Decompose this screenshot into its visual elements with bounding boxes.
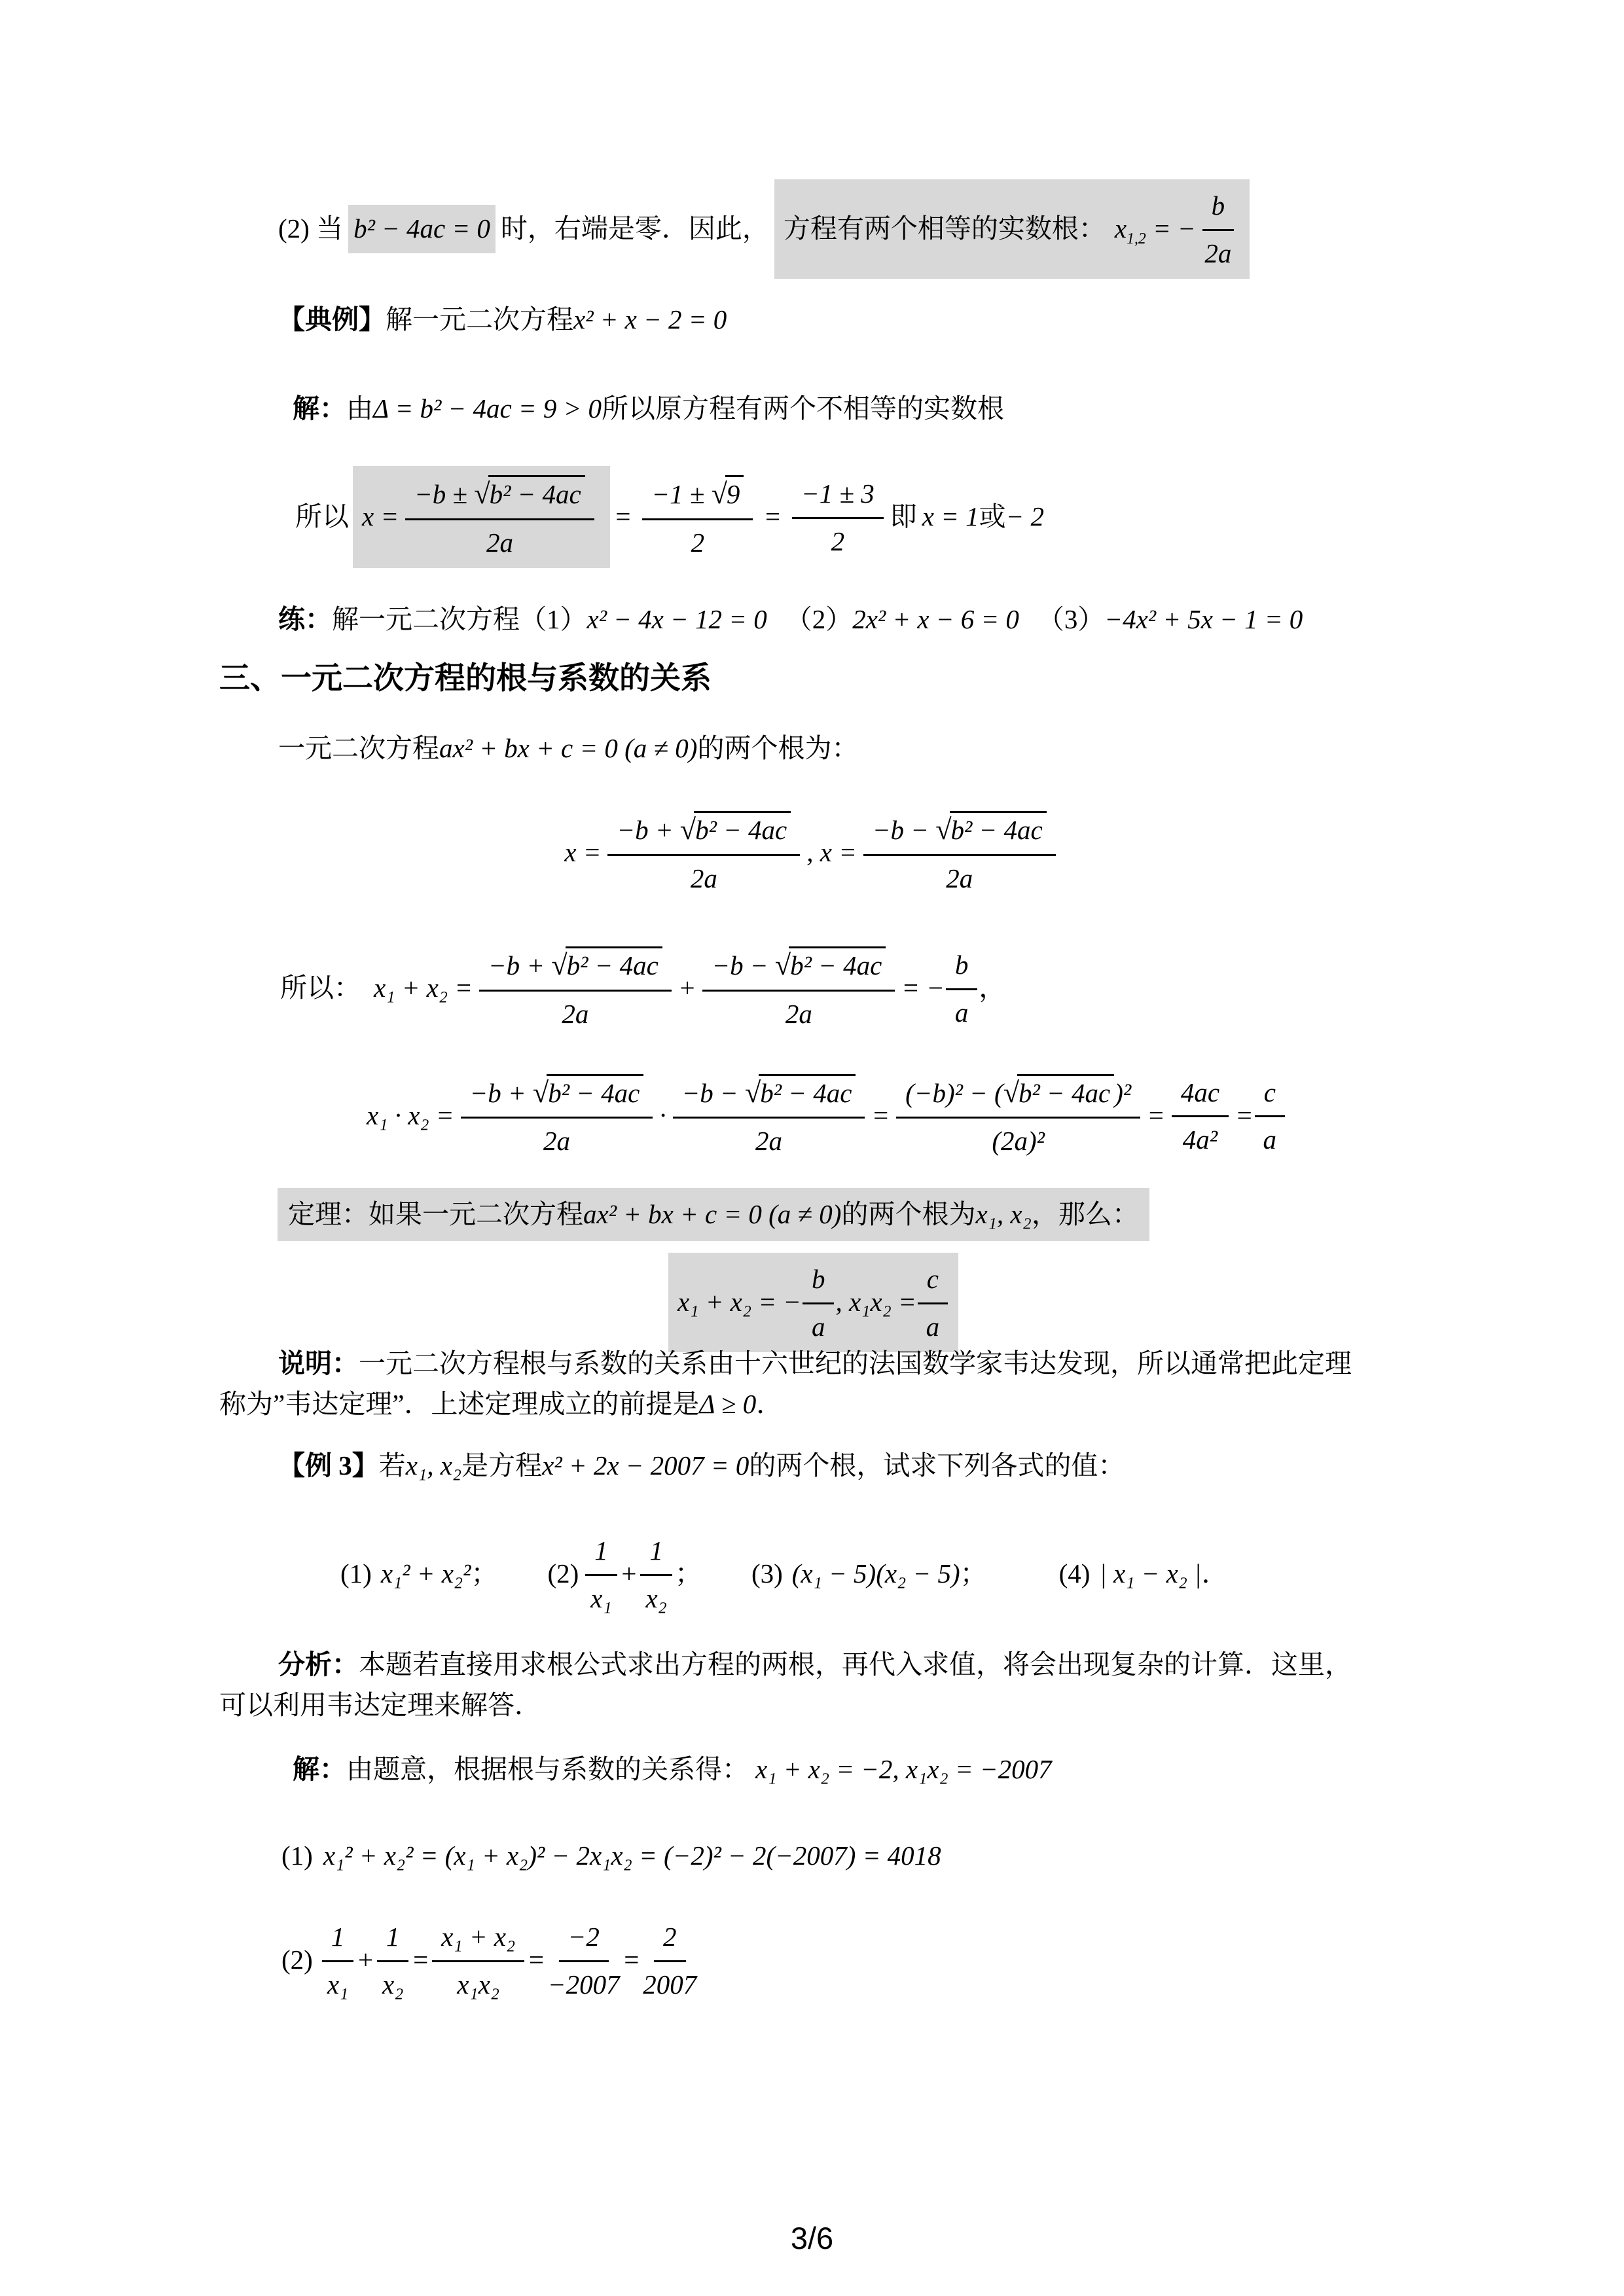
suoyi-or: 或 xyxy=(979,499,1006,534)
fraction: c a xyxy=(1255,1074,1285,1158)
fraction-denominator: 2a xyxy=(691,861,717,896)
equals: = xyxy=(623,1943,641,1977)
suoyi-ji: 即 xyxy=(890,499,917,534)
numerator-prefix: −b + xyxy=(470,1076,533,1111)
fraction: 1 x₁ xyxy=(585,1532,617,1616)
radicand: b² − 4ac xyxy=(694,811,791,848)
note-end: ． xyxy=(756,1389,783,1419)
radicand: b² − 4ac xyxy=(488,475,585,512)
lhs: x = xyxy=(564,835,601,870)
fraction-denominator: a xyxy=(926,1310,940,1344)
vieta-lhs: x₁ + x₂ = − xyxy=(677,1285,801,1319)
theorem-equation: ax² + bx + c = 0 (a ≠ 0) xyxy=(583,1199,841,1229)
plus: + xyxy=(678,971,696,1005)
fraction-numerator: 4ac xyxy=(1181,1075,1219,1110)
jie1-math: Δ = b² − 4ac = 9 > 0 xyxy=(373,393,602,423)
radicand: b² − 4ac xyxy=(789,946,886,983)
lian-line: 练：解一元二次方程（1）x² − 4x − 12 = 0（2）2x² + x −… xyxy=(278,602,1303,637)
suoyi-result2: − 2 xyxy=(1006,499,1044,534)
radicand: b² − 4ac xyxy=(1017,1074,1114,1111)
lian-sep2: （2） xyxy=(785,604,853,634)
fraction: c a xyxy=(918,1261,948,1344)
fraction: (−b)² − ( √b² − 4ac )² (2a)² xyxy=(896,1073,1140,1159)
item1-sep: ； xyxy=(471,1556,497,1591)
fraction: b a xyxy=(803,1261,835,1344)
note-math: Δ ≥ 0 xyxy=(699,1389,756,1419)
note-label: 说明： xyxy=(278,1348,359,1378)
theorem-label: 定理： xyxy=(288,1199,369,1229)
fraction-denominator: x₁ xyxy=(327,1967,348,2002)
example3-line: 【例 3】若x₁, x₂是方程x² + 2x − 2007 = 0的两个根，试求… xyxy=(278,1448,1125,1483)
answer2-label: (2) xyxy=(281,1943,313,1977)
example3-tail: 的两个根，试求下列各式的值： xyxy=(749,1450,1125,1480)
item1-label: (1) xyxy=(340,1556,372,1591)
fraction-numerator: −1 ± 3 xyxy=(801,476,875,511)
fraction: 2 2007 xyxy=(643,1918,696,2002)
fraction-numerator: b xyxy=(955,948,969,982)
fraction-denominator: a xyxy=(955,996,969,1030)
item2-label: (2) xyxy=(547,1556,579,1591)
suoyi-lhs: x = xyxy=(362,499,399,534)
roots-formula: x = −b + √b² − 4ac 2a , x = −b − √b² − 4… xyxy=(219,800,1407,905)
cdot: · xyxy=(659,1098,666,1133)
fraction: −b − √b² − 4ac 2a xyxy=(673,1073,865,1159)
radicand: 9 xyxy=(725,475,744,512)
fraction: −b ± √b² − 4ac 2a xyxy=(405,474,594,560)
fraction-denominator: x₂ xyxy=(382,1967,403,2002)
fraction-denominator: 2a xyxy=(562,997,588,1031)
sum-lead: 所以： xyxy=(280,971,361,1005)
fraction-denominator: a xyxy=(1263,1122,1277,1157)
fraction-denominator: 2 xyxy=(691,526,705,560)
vieta-mid: , x₁x₂ = xyxy=(835,1285,916,1319)
radicand: b² − 4ac xyxy=(950,811,1047,848)
fraction: 1 x₁ xyxy=(322,1918,354,2002)
fraction-numerator: b xyxy=(1212,188,1225,223)
sqrt-radical: √b² − 4ac xyxy=(1003,1074,1114,1112)
jie1-lead: 由 xyxy=(346,393,373,423)
suoyi-result: x = 1 xyxy=(922,499,979,534)
theorem-mid: 的两个根为 xyxy=(841,1199,975,1229)
analysis-line2: 可以利用韦达定理来解答． xyxy=(219,1688,541,1723)
item4-end: ． xyxy=(1202,1556,1229,1591)
lian-sep3: （3） xyxy=(1038,604,1105,634)
fraction: −1 ± 3 2 xyxy=(792,475,884,559)
formula-highlight: x = −b ± √b² − 4ac 2a xyxy=(353,466,610,568)
product-lhs: x₁ · x₂ = xyxy=(367,1098,454,1133)
fraction: −b − √b² − 4ac 2a xyxy=(863,810,1056,896)
answer2-line: (2) 1 x₁ + 1 x₂ = x₁ + x₂ x₁x₂ = −2 −200… xyxy=(281,1903,699,2018)
page-number: 3/6 xyxy=(0,2220,1624,2256)
fraction-numerator: 1 xyxy=(386,1920,400,1954)
condition-highlight: b² − 4ac = 0 xyxy=(348,205,496,253)
sqrt-radical: √9 xyxy=(712,475,744,513)
numerator-prefix: −1 ± xyxy=(651,477,711,512)
sum-formula: 所以： x₁ + x₂ = −b + √b² − 4ac 2a + −b − √… xyxy=(280,929,1005,1047)
item4-label: (4) xyxy=(1059,1556,1091,1591)
fraction-denominator: −2007 xyxy=(548,1967,620,2002)
intro-lead: 一元二次方程 xyxy=(278,733,439,763)
answer1-math: x₁² + x₂² = (x₁ + x₂)² − 2x₁x₂ = (−2)² −… xyxy=(323,1840,941,1871)
lian-eq3: −4x² + 5x − 1 = 0 xyxy=(1104,604,1303,634)
sum-lhs: x₁ + x₂ = xyxy=(374,971,473,1005)
case2-prefix: (2) 当 xyxy=(278,211,343,246)
fraction-numerator: 1 xyxy=(649,1534,663,1568)
fraction: x₁ + x₂ x₁x₂ xyxy=(432,1918,524,2002)
analysis-label: 分析： xyxy=(278,1649,359,1679)
numerator-prefix: −b − xyxy=(682,1076,745,1111)
numerator-prefix: −b + xyxy=(617,813,679,848)
numerator-prefix: −b ± xyxy=(414,477,474,512)
roots-intro-line: 一元二次方程ax² + bx + c = 0 (a ≠ 0)的两个根为： xyxy=(278,731,858,766)
item3-label: (3) xyxy=(751,1556,783,1591)
fraction: b a xyxy=(946,946,978,1030)
item3-sep: ； xyxy=(960,1556,987,1591)
example3-label: 【例 3】 xyxy=(278,1450,379,1480)
example3-roots: x₁, x₂ xyxy=(406,1450,461,1480)
fraction: −b + √b² − 4ac 2a xyxy=(461,1073,653,1159)
analysis-text2: 可以利用韦达定理来解答． xyxy=(219,1690,541,1720)
document-page: (2) 当 b² − 4ac = 0 时，右端是零．因此， 方程有两个相等的实数… xyxy=(0,0,1624,2296)
fraction: −b + √b² − 4ac 2a xyxy=(607,810,800,896)
suoyi-line: 所以 x = −b ± √b² − 4ac 2a = −1 ± √9 2 = −… xyxy=(295,427,1044,607)
jie1-label: 解： xyxy=(293,393,346,423)
section-heading: 三、一元二次方程的根与系数的关系 xyxy=(219,658,712,698)
fraction-denominator: 2a xyxy=(755,1124,782,1158)
jie1-tail: 所以原方程有两个不相等的实数根 xyxy=(602,393,1004,423)
numerator-prefix: −b + xyxy=(488,948,551,983)
case2-conclusion: 方程有两个相等的实数根： xyxy=(784,211,1106,246)
sqrt-radical: √b² − 4ac xyxy=(474,475,585,513)
jie2-math: x₁ + x₂ = −2, x₁x₂ = −2007 xyxy=(755,1754,1052,1784)
fraction-denominator: 2007 xyxy=(643,1967,696,2002)
case2-middle: 时，右端是零．因此， xyxy=(501,211,769,246)
example3-equation: x² + 2x − 2007 = 0 xyxy=(542,1450,749,1480)
dianli-line: 【典例】解一元二次方程x² + x − 2 = 0 xyxy=(278,302,727,337)
lian-label: 练： xyxy=(278,604,332,634)
fraction-denominator: x₁ xyxy=(590,1581,611,1616)
jie1-line: 解：由Δ = b² − 4ac = 9 > 0所以原方程有两个不相等的实数根 xyxy=(293,391,1004,426)
fraction-denominator: 2a xyxy=(946,861,973,896)
root-relation: = − xyxy=(1146,211,1196,246)
fraction-numerator: b xyxy=(812,1262,825,1297)
fraction-denominator: (2a)² xyxy=(992,1124,1045,1158)
equals: = xyxy=(1147,1098,1165,1133)
equals: = xyxy=(1235,1098,1254,1133)
numerator-prefix: −b − xyxy=(873,813,935,848)
analysis-line1: 分析：本题若直接用求根公式求出方程的两根，再代入求值，将会出现复杂的计算．这里， xyxy=(278,1647,1352,1682)
fraction: 1 x₂ xyxy=(640,1532,672,1616)
fraction-denominator: x₂ xyxy=(645,1581,666,1616)
sqrt-radical: √b² − 4ac xyxy=(745,1074,856,1112)
plus: + xyxy=(356,1943,374,1977)
fraction: −1 ± √9 2 xyxy=(642,474,753,560)
fraction-denominator: 2 xyxy=(831,524,845,559)
fraction-denominator: 2a xyxy=(785,997,812,1031)
lian-eq1: x² − 4x − 12 = 0 xyxy=(587,604,767,634)
numerator-prefix: (−b)² − ( xyxy=(905,1076,1003,1111)
answer1-label: (1) xyxy=(281,1840,313,1871)
vieta-formula-row: x₁ + x₂ = − b a , x₁x₂ = c a xyxy=(219,1260,1407,1345)
numerator-prefix: −b − xyxy=(712,948,774,983)
equals: = xyxy=(614,499,632,534)
sqrt-radical: √b² − 4ac xyxy=(775,946,886,984)
jie2-lead: 由题意，根据根与系数的关系得： xyxy=(346,1754,749,1784)
equals-neg: = − xyxy=(901,971,945,1005)
note-text1: 一元二次方程根与系数的关系由十六世纪的法国数学家韦达发现，所以通常把此定理 xyxy=(359,1348,1352,1378)
fraction-numerator: −2 xyxy=(568,1920,600,1954)
numerator-suffix: )² xyxy=(1114,1076,1131,1111)
dianli-label: 【典例】 xyxy=(278,304,386,334)
theorem-line: 定理：如果一元二次方程ax² + bx + c = 0 (a ≠ 0)的两个根为… xyxy=(278,1188,1149,1241)
jie2-label: 解： xyxy=(293,1754,346,1784)
product-formula: x₁ · x₂ = −b + √b² − 4ac 2a · −b − √b² −… xyxy=(367,1055,1286,1176)
fraction-denominator: 2a xyxy=(543,1124,570,1158)
example3-mid: 是方程 xyxy=(461,1450,542,1480)
sqrt-radical: √b² − 4ac xyxy=(551,946,662,984)
fraction: 1 x₂ xyxy=(377,1918,409,2002)
sum-comma: ， xyxy=(979,971,1005,1005)
sqrt-radical: √b² − 4ac xyxy=(680,811,791,849)
fraction-denominator: 4a² xyxy=(1183,1122,1218,1157)
fraction-denominator: 2a xyxy=(486,526,513,560)
intro-equation: ax² + bx + c = 0 (a ≠ 0) xyxy=(439,733,697,763)
fraction-denominator: x₁x₂ xyxy=(457,1967,499,2002)
fraction-numerator: c xyxy=(1264,1075,1276,1110)
case2-line: (2) 当 b² − 4ac = 0 时，右端是零．因此， 方程有两个相等的实数… xyxy=(278,175,1250,283)
root-symbol: x1,2 xyxy=(1115,211,1146,246)
fraction-numerator: c xyxy=(927,1262,939,1297)
dianli-lead: 解一元二次方程 xyxy=(386,304,573,334)
sqrt-radical: √b² − 4ac xyxy=(533,1074,643,1112)
theorem-lead: 如果一元二次方程 xyxy=(369,1199,583,1229)
lian-lead: 解一元二次方程（1） xyxy=(332,604,587,634)
fraction: −b − √b² − 4ac 2a xyxy=(702,945,895,1031)
fraction-numerator: 2 xyxy=(663,1920,677,1954)
item1-math: x₁² + x₂² xyxy=(381,1556,471,1591)
suoyi-lead: 所以 xyxy=(295,499,349,534)
fraction: 4ac 4a² xyxy=(1172,1074,1229,1158)
conclusion-highlight: 方程有两个相等的实数根： x1,2 = − b 2a xyxy=(774,179,1250,279)
fraction-numerator: 1 xyxy=(594,1534,608,1568)
fraction-numerator: 1 xyxy=(331,1920,345,1954)
item2-plus: + xyxy=(620,1556,638,1591)
equals: = xyxy=(411,1943,429,1977)
fraction-denominator: a xyxy=(812,1310,825,1344)
item4-math: | x₁ − x₂ | xyxy=(1099,1556,1201,1591)
theorem-tail: ，那么： xyxy=(1032,1199,1139,1229)
note-line2: 称为”韦达定理”．上述定理成立的前提是Δ ≥ 0． xyxy=(219,1387,783,1422)
example3-lead: 若 xyxy=(379,1450,406,1480)
equals: = xyxy=(871,1098,890,1133)
theorem-roots: x₁, x₂ xyxy=(975,1199,1031,1229)
intro-tail: 的两个根为： xyxy=(697,733,858,763)
comma-lhs: , x = xyxy=(806,835,857,870)
fraction: −2 −2007 xyxy=(548,1918,620,2002)
root-subscript: 1,2 xyxy=(1127,231,1146,248)
fraction: −b + √b² − 4ac 2a xyxy=(479,945,672,1031)
equals: = xyxy=(527,1943,545,1977)
item3-math: (x₁ − 5)(x₂ − 5) xyxy=(792,1556,960,1591)
equals: = xyxy=(763,499,782,534)
fraction: b 2a xyxy=(1202,187,1235,271)
fraction-numerator: x₁ + x₂ xyxy=(441,1920,515,1954)
note-text2: 称为”韦达定理”．上述定理成立的前提是 xyxy=(219,1389,699,1419)
fraction-denominator: 2a xyxy=(1204,236,1231,271)
sqrt-radical: √b² − 4ac xyxy=(935,811,1046,849)
dianli-equation: x² + x − 2 = 0 xyxy=(573,304,727,334)
jie2-line: 解：由题意，根据根与系数的关系得：x₁ + x₂ = −2, x₁x₂ = −2… xyxy=(293,1752,1052,1787)
radicand: b² − 4ac xyxy=(547,1074,643,1111)
radicand: b² − 4ac xyxy=(759,1074,856,1111)
note-line1: 说明：一元二次方程根与系数的关系由十六世纪的法国数学家韦达发现，所以通常把此定理 xyxy=(278,1346,1352,1381)
items-row: (1) x₁² + x₂² ； (2) 1 x₁ + 1 x₂ ； (3) (x… xyxy=(340,1525,1229,1623)
vieta-highlight: x₁ + x₂ = − b a , x₁x₂ = c a xyxy=(668,1253,958,1352)
radicand: b² − 4ac xyxy=(566,946,662,983)
lian-eq2: 2x² + x − 6 = 0 xyxy=(852,604,1019,634)
answer1-line: (1)x₁² + x₂² = (x₁ + x₂)² − 2x₁x₂ = (−2)… xyxy=(281,1839,941,1873)
theorem-highlight: 定理：如果一元二次方程ax² + bx + c = 0 (a ≠ 0)的两个根为… xyxy=(278,1188,1149,1241)
analysis-text1: 本题若直接用求根公式求出方程的两根，再代入求值，将会出现复杂的计算．这里， xyxy=(359,1649,1352,1679)
item2-sep: ； xyxy=(675,1556,702,1591)
